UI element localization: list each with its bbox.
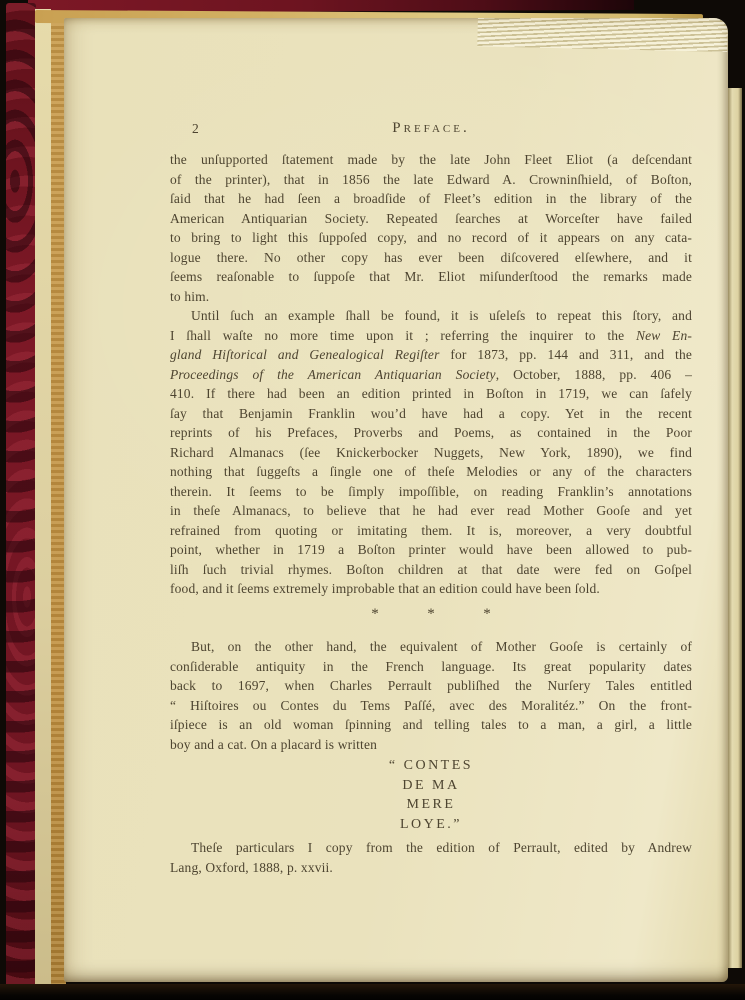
- text-line: logue there. No other copy has ever been…: [170, 248, 692, 268]
- text-line: to bring to light this ſuppoſed copy, an…: [170, 228, 692, 248]
- text-line: “ CONTES: [170, 756, 692, 776]
- page-header: 2 Preface.: [170, 120, 692, 140]
- page-stack-right: [728, 88, 742, 968]
- text-line: point, whether in 1719 a Boſton printer …: [170, 540, 692, 560]
- text-line: refrained from quoting or imitating them…: [170, 521, 692, 541]
- text-line: reprints of his Prefaces, Proverbs and P…: [170, 423, 692, 443]
- text-line: food, and it ſeems extremely improbable …: [170, 579, 692, 599]
- text-line: Proceedings of the American Antiquarian …: [170, 365, 692, 385]
- text-line: DE MA: [170, 776, 692, 796]
- text-line: in theſe Almanacs, to believe that he ha…: [170, 501, 692, 521]
- text-line: liſh ſuch trivial rhymes. Boſton childre…: [170, 560, 692, 580]
- text-line: But, on the other hand, the equivalent o…: [170, 637, 692, 657]
- text-line: to him.: [170, 287, 692, 307]
- page-content: 2 Preface. the unſupported ſtatement mad…: [170, 18, 692, 982]
- text-line: ſaid that he had ſeen a broadſide of Fle…: [170, 189, 692, 209]
- book-page: 2 Preface. the unſupported ſtatement mad…: [64, 18, 728, 982]
- running-header-title: Preface.: [170, 120, 692, 137]
- text-line: Richard Almanacs (ſee Knickerbocker Nugg…: [170, 443, 692, 463]
- text-line: boy and a cat. On a placard is written: [170, 735, 692, 755]
- paragraph-1: the unſupported ſtatement made by the la…: [170, 150, 692, 306]
- text-line: Theſe particulars I copy from the editio…: [170, 838, 692, 858]
- text-line: 410. If there had been an edition printe…: [170, 384, 692, 404]
- placard-quote: “ CONTESDE MAMERELOYE.”: [170, 756, 692, 834]
- text-line: ſeems reaſonable to ſuppoſe that Mr. Eli…: [170, 267, 692, 287]
- text-line: conſiderable antiquity in the French lan…: [170, 657, 692, 677]
- bottom-shadow: [0, 984, 745, 1000]
- text-line: MERE: [170, 795, 692, 815]
- text-line: back to 1697, when Charles Perrault publ…: [170, 676, 692, 696]
- text-line: ſay that Benjamin Franklin wou’d have ha…: [170, 404, 692, 424]
- text-line: therein. It ſeems to be ſimply impoſſibl…: [170, 482, 692, 502]
- paragraph-3: But, on the other hand, the equivalent o…: [170, 637, 692, 754]
- divider-asterisk: *: [426, 604, 436, 624]
- book-cover-spine: [6, 3, 36, 993]
- text-line: gland Hiſtorical and Genealogical Regiſt…: [170, 345, 692, 365]
- divider-asterisk: *: [370, 604, 380, 624]
- text-line: the unſupported ſtatement made by the la…: [170, 150, 692, 170]
- text-line: Lang, Oxford, 1888, p. xxvii.: [170, 858, 692, 878]
- text-line: iſpiece is an old woman ſpinning and tel…: [170, 715, 692, 735]
- text-line: LOYE.”: [170, 815, 692, 835]
- section-divider: * * *: [170, 604, 692, 624]
- text-line: American Antiquarian Society. Repeated ſ…: [170, 209, 692, 229]
- paragraph-4: Theſe particulars I copy from the editio…: [170, 838, 692, 877]
- text-line: of the printer), that in 1856 the late E…: [170, 170, 692, 190]
- divider-asterisk: *: [482, 604, 492, 624]
- page-block-edge-cream: [35, 9, 51, 987]
- text-line: Until ſuch an example ſhall be found, it…: [170, 306, 692, 326]
- text-line: I ſhall waſte no more time upon it ; ref…: [170, 326, 692, 346]
- text-line: nothing that ſuggeſts a ſingle one of th…: [170, 462, 692, 482]
- text-line: “ Hiſtoires ou Contes du Tems Paſſé, ave…: [170, 696, 692, 716]
- book-photo: 2 Preface. the unſupported ſtatement mad…: [0, 0, 745, 1000]
- paragraph-2: Until ſuch an example ſhall be found, it…: [170, 306, 692, 599]
